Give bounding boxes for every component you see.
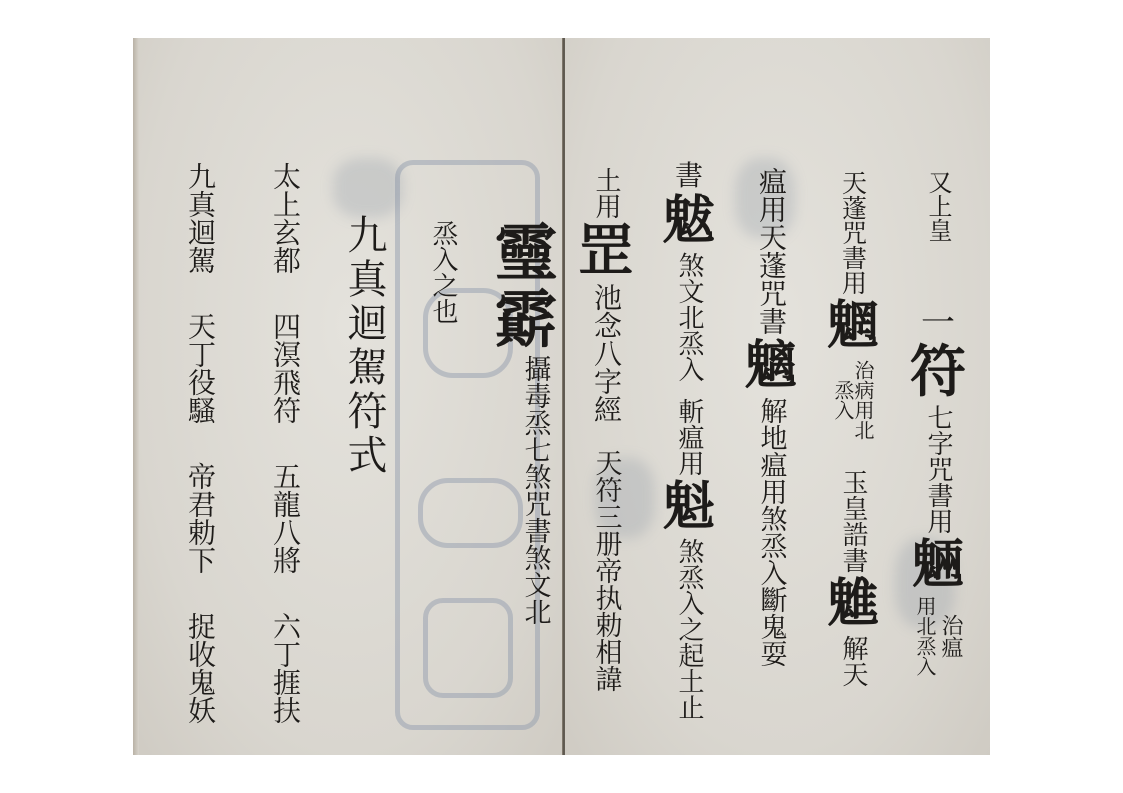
verse-segment: 帝君勅下	[186, 462, 214, 574]
talisman-glyph: 魍	[827, 300, 879, 352]
column-head: 土用	[593, 167, 619, 219]
ink-bleed	[333, 158, 403, 218]
talisman-glyph: 罡	[578, 223, 634, 279]
talisman-glyph: 魋	[827, 578, 879, 630]
text-column-6: 𩃎 𩆜 𩅰 攝毒烝七煞咒書煞文北	[490, 155, 562, 627]
annotation: 治病用北烝入	[833, 357, 873, 443]
title-text: 九真迴駕符式	[344, 214, 384, 478]
verse-segment: 天丁役騷	[186, 312, 214, 424]
column-text: 解天	[840, 635, 866, 687]
text-column-3: 瘟用天蓬咒書 魑 解地瘟用煞烝入斷鬼耍	[740, 165, 802, 669]
verse-segment: 五龍八將	[271, 462, 299, 574]
verse-segment: 四溟飛符	[271, 312, 299, 424]
annotation-right: 治瘟	[939, 596, 961, 676]
verse-segment: 太上玄都	[271, 162, 299, 274]
column-head: 書	[675, 162, 703, 190]
column-head: 又上皇	[926, 170, 950, 242]
verse-segment: 捉收鬼妖	[186, 612, 214, 724]
text-column-9: 太上玄都 四溟飛符 五龍八將 六丁捱扶	[255, 160, 315, 726]
verse-segment: 六丁捱扶	[271, 612, 299, 724]
column-text: 煞烝入之起土止	[676, 538, 702, 720]
annotation-left: 用北烝入	[915, 596, 935, 676]
text-column-5: 土用 罡 池念八字經 天符三册帝执勅相諱	[575, 165, 637, 694]
column-text: 烝入之也	[430, 220, 456, 324]
talisman-glyph: 魃	[663, 195, 715, 247]
text-column-1: 又上皇 𩃋 一 符 七字咒書用 魎 治瘟 用北烝入	[908, 168, 968, 678]
column-text: 天符三册帝执勅相諱	[593, 449, 620, 692]
text-column-10: 九真迴駕 天丁役騷 帝君勅下 捉收鬼妖	[170, 160, 230, 726]
talisman-glyph: 魎	[912, 539, 964, 591]
text-glyph: 一	[921, 306, 955, 340]
column-text: 攝毒烝七煞咒書煞文北	[522, 355, 549, 625]
column-text: 解地瘟用煞烝入斷鬼耍	[758, 397, 785, 667]
text-column-4: 書 魃 煞文北烝入 斬瘟用 魁 煞烝入之起土止	[658, 160, 720, 722]
talisman-glyph: 𩅰	[495, 289, 557, 351]
column-text: 七字咒書用	[925, 404, 951, 534]
talisman-glyph: 𩆜	[495, 223, 557, 285]
column-text: 玉皇誥書	[840, 469, 866, 573]
text-column-7: 烝入之也	[418, 218, 468, 326]
column-text: 煞文北烝入	[676, 252, 702, 382]
column-head: 天蓬咒書用	[841, 170, 866, 295]
page-edge	[133, 38, 139, 755]
text-column-2: 天蓬咒書用 魍 治病用北烝入 玉皇誥書 魋 解天	[822, 168, 884, 689]
talisman-glyph: 魁	[663, 481, 715, 533]
talisman-glyph: 符	[910, 344, 966, 400]
annotation-pair: 治瘟 用北烝入	[915, 594, 961, 678]
column-text: 斬瘟用	[676, 398, 702, 476]
column-text: 池念八字經	[592, 283, 620, 423]
talisman-glyph: 魑	[745, 340, 797, 392]
column-head: 瘟用天蓬咒書	[757, 167, 785, 335]
verse-segment: 九真迴駕	[186, 162, 214, 274]
section-title: 九真迴駕符式	[333, 212, 395, 480]
